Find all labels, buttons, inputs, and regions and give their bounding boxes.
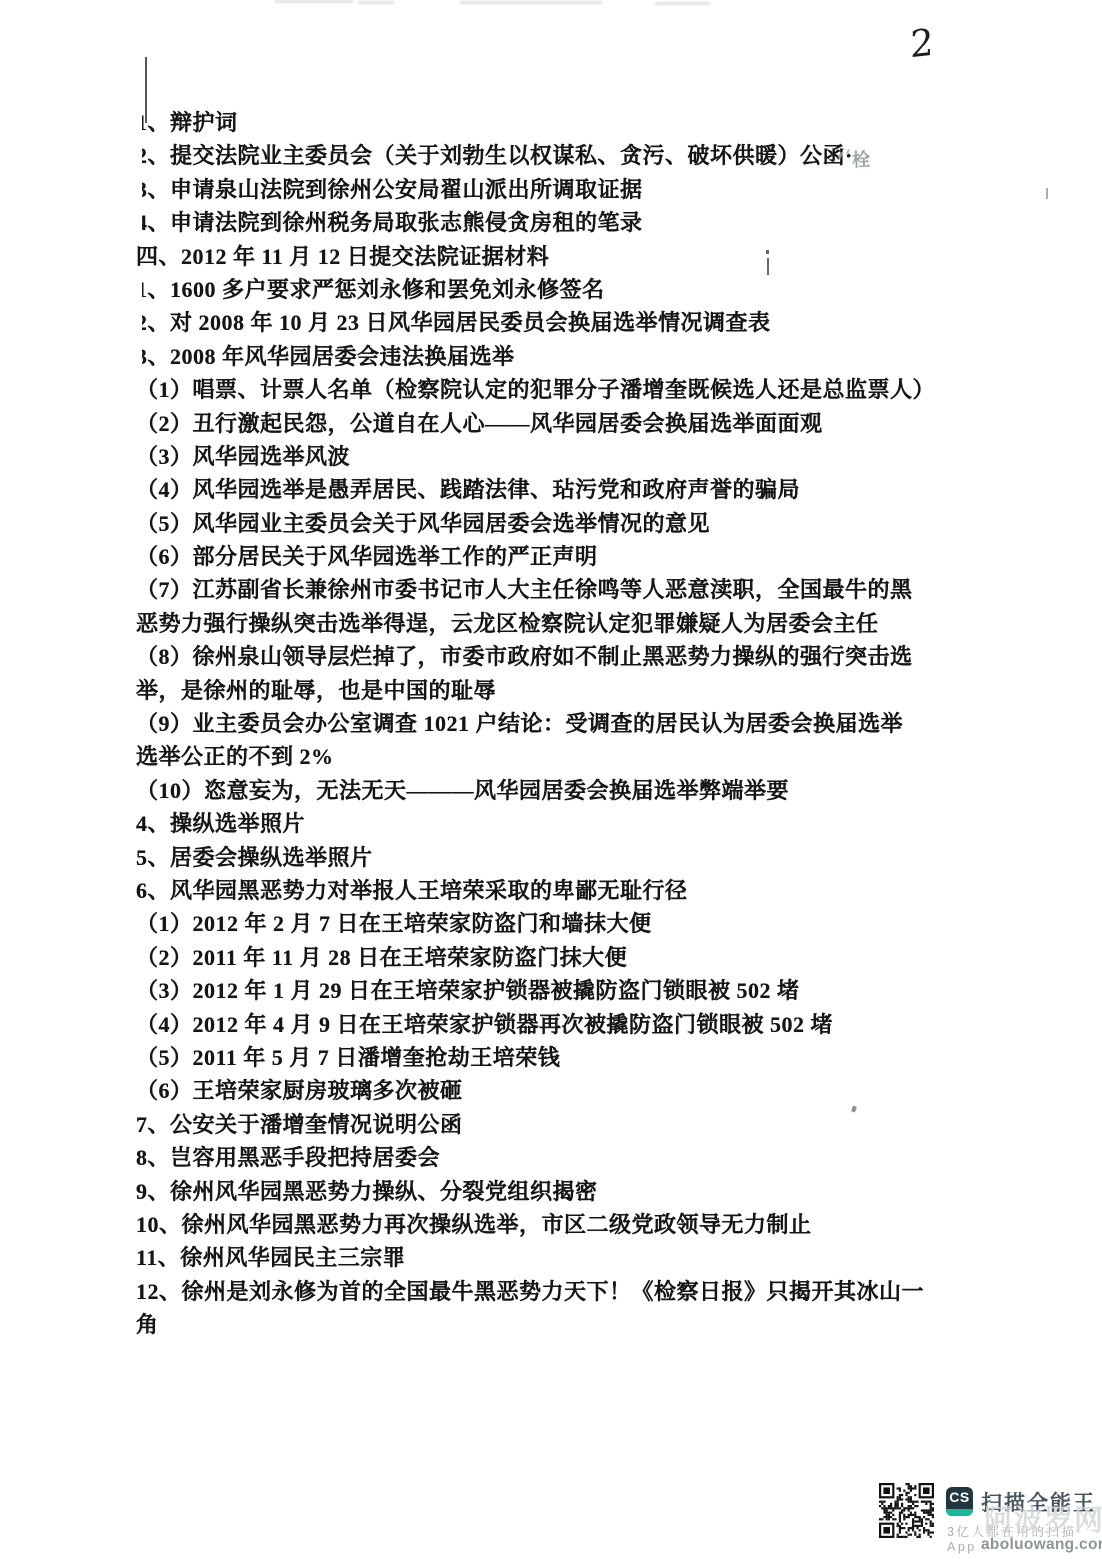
document-line: 4、申请法院到徐州税务局取张志熊侵贪房租的笔录 xyxy=(136,206,1072,239)
document-line: （4）风华园选举是愚弄居民、践踏法律、玷污党和政府声誉的骗局 xyxy=(136,473,1072,506)
camscanner-logo-accent xyxy=(946,1509,973,1516)
document-line: （1）唱票、计票人名单（检察院认定的犯罪分子潘增奎既候选人还是总监票人） xyxy=(136,373,1072,406)
scan-smudge xyxy=(460,1,602,4)
document-line: （10）恣意妄为，无法无天———风华园居委会换届选举弊端举要 xyxy=(136,774,1072,807)
scan-clip-artifact xyxy=(128,343,142,370)
document-line: 9、徐州风华园黑恶势力操纵、分裂党组织揭密 xyxy=(136,1175,1072,1208)
document-line: （5）风华园业主委员会关于风华园居委会选举情况的意见 xyxy=(136,507,1072,540)
scan-smudge xyxy=(358,1,394,4)
document-line: （6）部分居民关于风华园选举工作的严正声明 xyxy=(136,540,1072,573)
scan-clip-artifact xyxy=(128,109,142,136)
document-line: 7、公安关于潘增奎情况说明公函 xyxy=(136,1108,1072,1141)
document-line: 选举公正的不到 2% xyxy=(136,740,1072,773)
document-line: （1）2012 年 2 月 7 日在王培荣家防盗门和墙抹大便 xyxy=(136,907,1072,940)
document-line: （2）2011 年 11 月 28 日在王培荣家防盗门抹大便 xyxy=(136,941,1072,974)
document-line: （2）丑行激起民怨，公道自在人心——风华园居委会换届选举面面观 xyxy=(136,407,1072,440)
document-line: 3、申请泉山法院到徐州公安局翟山派出所调取证据 xyxy=(136,173,1072,206)
camscanner-logo-icon: CS xyxy=(946,1487,973,1516)
document-line: 8、岂容用黑恶手段把持居委会 xyxy=(136,1141,1072,1174)
document-line: （3）风华园选举风波 xyxy=(136,440,1072,473)
camscanner-logo-text: CS xyxy=(946,1489,973,1505)
watermark-site-url: aboluowang.com xyxy=(981,1536,1102,1554)
scan-clip-artifact xyxy=(128,309,142,336)
document-line: 5、居委会操纵选举照片 xyxy=(136,841,1072,874)
faint-pencil-note: 栓 xyxy=(851,145,872,172)
document-line: 2、对 2008 年 10 月 23 日风华园居民委员会换届选举情况调查表 xyxy=(136,306,1072,339)
scan-smudge xyxy=(655,2,710,5)
qr-code xyxy=(879,1483,934,1538)
document-line: 10、徐州风华园黑恶势力再次操纵选举，市区二级党政领导无力制止 xyxy=(136,1208,1072,1241)
scan-clip-artifact xyxy=(128,276,142,303)
document-line: （4）2012 年 4 月 9 日在王培荣家护锁器再次被撬防盗门锁眼被 502 … xyxy=(136,1008,1072,1041)
ink-speck xyxy=(766,250,769,254)
scan-clip-artifact xyxy=(128,142,142,169)
document-line: 1、1600 多户要求严惩刘永修和罢免刘永修签名 xyxy=(136,273,1072,306)
ink-speck xyxy=(1046,188,1048,199)
scanned-page: 2 1、辩护词2、提交法院业主委员会（关于刘勃生以权谋私、贪污、破坏供暖）公函·… xyxy=(0,0,1102,1559)
document-line: 四、2012 年 11 月 12 日提交法院证据材料 xyxy=(136,240,1072,273)
document-line: 6、风华园黑恶势力对举报人王培荣采取的卑鄙无耻行径 xyxy=(136,874,1072,907)
document-line: （6）王培荣家厨房玻璃多次被砸 xyxy=(136,1074,1072,1107)
document-line: 角 xyxy=(136,1308,1072,1341)
document-line: 3、2008 年风华园居委会违法换届选举 xyxy=(136,340,1072,373)
document-line: （5）2011 年 5 月 7 日潘增奎抢劫王培荣钱 xyxy=(136,1041,1072,1074)
document-line: 2、提交法院业主委员会（关于刘勃生以权谋私、贪污、破坏供暖）公函· xyxy=(136,139,1072,172)
document-line: 11、徐州风华园民主三宗罪 xyxy=(136,1241,1072,1274)
document-line: 举，是徐州的耻辱，也是中国的耻辱 xyxy=(136,674,1072,707)
document-line: （3）2012 年 1 月 29 日在王培荣家护锁器被撬防盗门锁眼被 502 堵 xyxy=(136,974,1072,1007)
scan-smudge xyxy=(275,0,353,3)
document-text: 1、辩护词2、提交法院业主委员会（关于刘勃生以权谋私、贪污、破坏供暖）公函·3、… xyxy=(136,106,1072,1341)
document-line: 4、操纵选举照片 xyxy=(136,807,1072,840)
scan-clip-artifact xyxy=(128,209,142,236)
scan-clip-artifact xyxy=(128,176,142,203)
document-line: 12、徐州是刘永修为首的全国最牛黑恶势力天下！《检察日报》只揭开其冰山一 xyxy=(136,1275,1072,1308)
watermark-site-name: 阿波罗网 xyxy=(984,1498,1102,1539)
document-line: 恶势力强行操纵突击选举得逞，云龙区检察院认定犯罪嫌疑人为居委会主任 xyxy=(136,607,1072,640)
handwritten-page-number: 2 xyxy=(910,21,933,67)
document-line: 1、辩护词 xyxy=(136,106,1072,139)
ink-speck xyxy=(767,258,769,275)
document-line: （8）徐州泉山领导层烂掉了，市委市政府如不制止黑恶势力操纵的强行突击选 xyxy=(136,640,1072,673)
document-line: （7）江苏副省长兼徐州市委书记市人大主任徐鸣等人恶意渎职，全国最牛的黑 xyxy=(136,573,1072,606)
document-line: （9）业主委员会办公室调查 1021 户结论：受调查的居民认为居委会换届选举 xyxy=(136,707,1072,740)
